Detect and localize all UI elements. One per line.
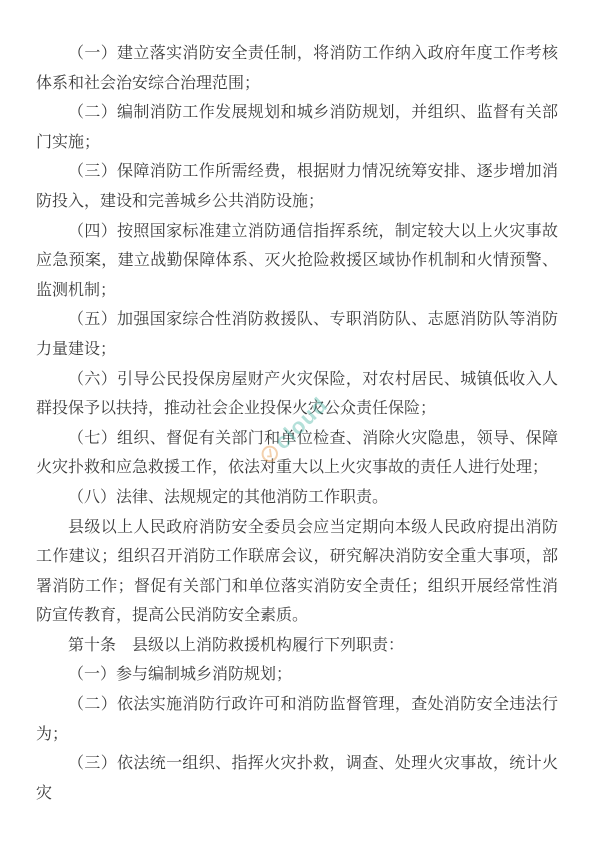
paragraph: （一）建立落实消防安全责任制，将消防工作纳入政府年度工作考核体系和社会治安综合治…: [36, 39, 558, 98]
paragraph: （五）加强国家综合性消防救援队、专职消防队、志愿消防队等消防力量建设；: [36, 305, 558, 364]
paragraph: 县级以上人民政府消防安全委员会应当定期向本级人民政府提出消防工作建议；组织召开消…: [36, 513, 558, 631]
paragraph: （四）按照国家标准建立消防通信指挥系统，制定较大以上火灾事故应急预案，建立战勤保…: [36, 217, 558, 306]
paragraph: （七）组织、督促有关部门和单位检查、消除火灾隐患，领导、保障火灾扑救和应急救援工…: [36, 424, 558, 483]
page: （一）建立落实消防安全责任制，将消防工作纳入政府年度工作考核体系和社会治安综合治…: [0, 0, 595, 841]
article-heading-paragraph: 第十条 县级以上消防救援机构履行下列职责：: [36, 631, 558, 661]
paragraph: （一）参与编制城乡消防规划；: [36, 660, 558, 690]
paragraph: （二）编制消防工作发展规划和城乡消防规划，并组织、监督有关部门实施；: [36, 98, 558, 157]
paragraph: （三）保障消防工作所需经费，根据财力情况统筹安排、逐步增加消防投入，建设和完善城…: [36, 157, 558, 216]
paragraph: （八）法律、法规规定的其他消防工作职责。: [36, 483, 558, 513]
paragraph: （六）引导公民投保房屋财产火灾保险，对农村居民、城镇低收入人群投保予以扶持，推动…: [36, 365, 558, 424]
paragraph: （三）依法统一组织、指挥火灾扑救，调查、处理火灾事故，统计火灾: [36, 749, 558, 808]
document-body: （一）建立落实消防安全责任制，将消防工作纳入政府年度工作考核体系和社会治安综合治…: [36, 39, 558, 808]
paragraph: （二）依法实施消防行政许可和消防监督管理，查处消防安全违法行为；: [36, 690, 558, 749]
